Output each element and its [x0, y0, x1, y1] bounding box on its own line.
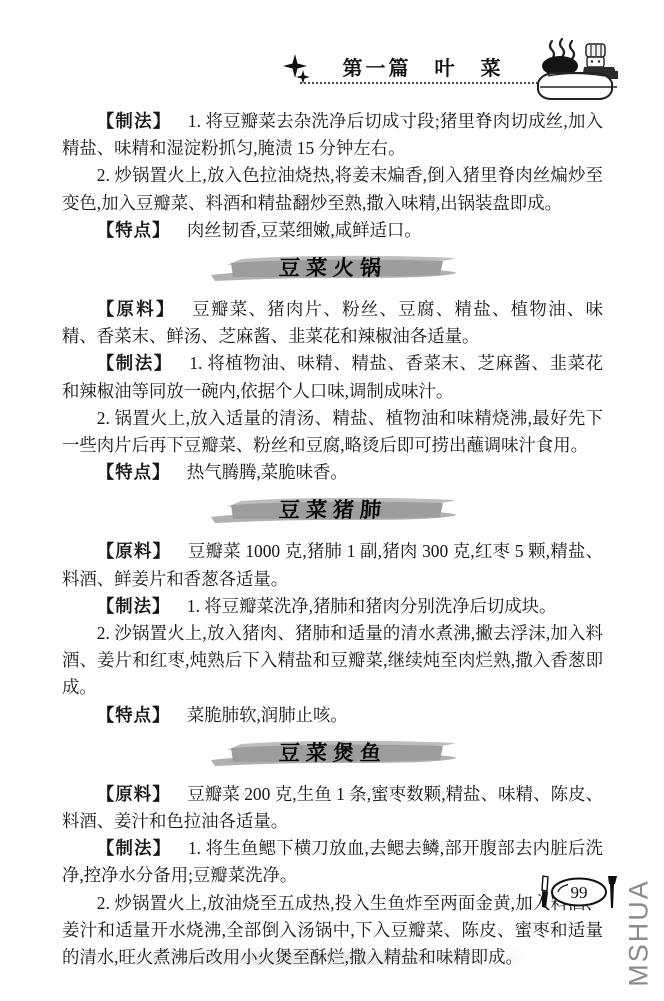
method-paragraph: 2. 炒锅置火上,放入色拉油烧热,将姜末煸香,倒入猪里脊肉丝煸炒至变色,加入豆瓣… — [62, 162, 603, 216]
feature-paragraph: 【特点】热气腾腾,菜脆味香。 — [62, 459, 603, 486]
feature-paragraph: 【特点】菜脆肺软,润肺止咳。 — [62, 702, 603, 729]
scan-bleed-artifact — [90, 952, 520, 964]
recipe-section: 【制法】1. 将豆瓣菜去杂洗净后切成寸段;猪里脊肉切成丝,加入精盐、味精和湿淀粉… — [62, 108, 603, 244]
recipe-title: 豆菜火锅 — [205, 253, 459, 283]
paragraph-text: 2. 沙锅置火上,放入猪肉、猪肺和适量的清水煮沸,撇去浮沫,加入料酒、姜片和红枣… — [62, 623, 603, 697]
paragraph-label: 【制法】 — [97, 838, 172, 858]
paragraph-text: 2. 锅置火上,放入适量的清汤、精盐、植物油和味精烧沸,最好先下一些肉片后再下豆… — [62, 408, 603, 455]
ingredients-paragraph: 【原料】豆瓣菜 200 克,生鱼 1 条,蜜枣数颗,精盐、味精、陈皮、料酒、姜汁… — [62, 781, 603, 835]
recipe-title: 豆菜煲鱼 — [205, 738, 459, 768]
recipe-title-banner: 豆菜煲鱼 — [207, 736, 459, 770]
paragraph-text: 1. 将豆瓣菜洗净,猪肺和猪肉分别洗净后切成块。 — [187, 596, 557, 616]
ingredients-paragraph: 【原料】豆瓣菜、猪肉片、粉丝、豆腐、精盐、植物油、味精、香菜末、鲜汤、芝麻酱、韭… — [62, 296, 603, 350]
method-paragraph: 【制法】1. 将植物油、味精、精盐、香菜末、芝麻酱、韭菜花和辣椒油等同放一碗内,… — [62, 350, 603, 404]
paragraph-text: 热气腾腾,菜脆味香。 — [187, 462, 348, 482]
paragraph-label: 【原料】 — [97, 784, 171, 804]
method-paragraph: 【制法】1. 将豆瓣菜去杂洗净后切成寸段;猪里脊肉切成丝,加入精盐、味精和湿淀粉… — [62, 108, 603, 162]
method-paragraph: 2. 锅置火上,放入适量的清汤、精盐、植物油和味精烧沸,最好先下一些肉片后再下豆… — [62, 405, 603, 459]
recipe-section: 豆菜火锅 【原料】豆瓣菜、猪肉片、粉丝、豆腐、精盐、植物油、味精、香菜末、鲜汤、… — [62, 251, 603, 486]
paragraph-label: 【制法】 — [97, 596, 171, 616]
method-paragraph: 2. 沙锅置火上,放入猪肉、猪肺和适量的清水煮沸,撇去浮沫,加入料酒、姜片和红枣… — [62, 620, 603, 702]
chef-steaming-dish-icon — [528, 38, 623, 104]
ingredients-paragraph: 【原料】豆瓣菜 1000 克,猪肺 1 副,猪肉 300 克,红枣 5 颗,精盐… — [62, 538, 603, 592]
recipe-title-banner: 豆菜猪肺 — [207, 493, 459, 527]
paragraph-label: 【原料】 — [97, 541, 172, 561]
book-page: 第一篇 叶 菜 — [0, 0, 664, 1001]
page-number: 99 — [558, 883, 600, 903]
page-header: 第一篇 叶 菜 — [0, 36, 664, 106]
paragraph-text: 肉丝韧香,豆菜细嫩,咸鲜适口。 — [187, 220, 422, 240]
paragraph-label: 【制法】 — [97, 353, 173, 373]
fork-icon — [608, 876, 617, 908]
header-dotted-rule — [300, 82, 538, 84]
method-paragraph: 【制法】1. 将生鱼鳃下横刀放血,去鳃去鳞,部开腹部去内脏后洗净,控净水分备用;… — [62, 835, 603, 889]
knife-icon — [542, 876, 548, 908]
paragraph-label: 【原料】 — [97, 299, 176, 319]
recipe-section: 豆菜猪肺 【原料】豆瓣菜 1000 克,猪肺 1 副,猪肉 300 克,红枣 5… — [62, 493, 603, 728]
method-paragraph: 【制法】1. 将豆瓣菜洗净,猪肺和猪肉分别洗净后切成块。 — [62, 593, 603, 620]
page-number-plate: 99 — [534, 872, 624, 916]
paragraph-label: 【制法】 — [97, 111, 172, 131]
recipe-content: 【制法】1. 将豆瓣菜去杂洗净后切成寸段;猪里脊肉切成丝,加入精盐、味精和湿淀粉… — [62, 104, 603, 971]
paragraph-text: 菜脆肺软,润肺止咳。 — [187, 705, 348, 725]
paragraph-text: 2. 炒锅置火上,放入色拉油烧热,将姜末煸香,倒入猪里脊肉丝煸炒至变色,加入豆瓣… — [62, 165, 603, 212]
recipe-section: 豆菜煲鱼 【原料】豆瓣菜 200 克,生鱼 1 条,蜜枣数颗,精盐、味精、陈皮、… — [62, 736, 603, 971]
paragraph-label: 【特点】 — [97, 705, 171, 725]
paragraph-label: 【特点】 — [97, 220, 171, 240]
recipe-title: 豆菜猪肺 — [205, 495, 459, 525]
paragraph-label: 【特点】 — [97, 462, 171, 482]
recipe-title-banner: 豆菜火锅 — [207, 251, 459, 285]
watermark-text: MSHUA — [622, 861, 656, 1001]
chapter-title: 第一篇 叶 菜 — [318, 52, 528, 81]
feature-paragraph: 【特点】肉丝韧香,豆菜细嫩,咸鲜适口。 — [62, 217, 603, 244]
